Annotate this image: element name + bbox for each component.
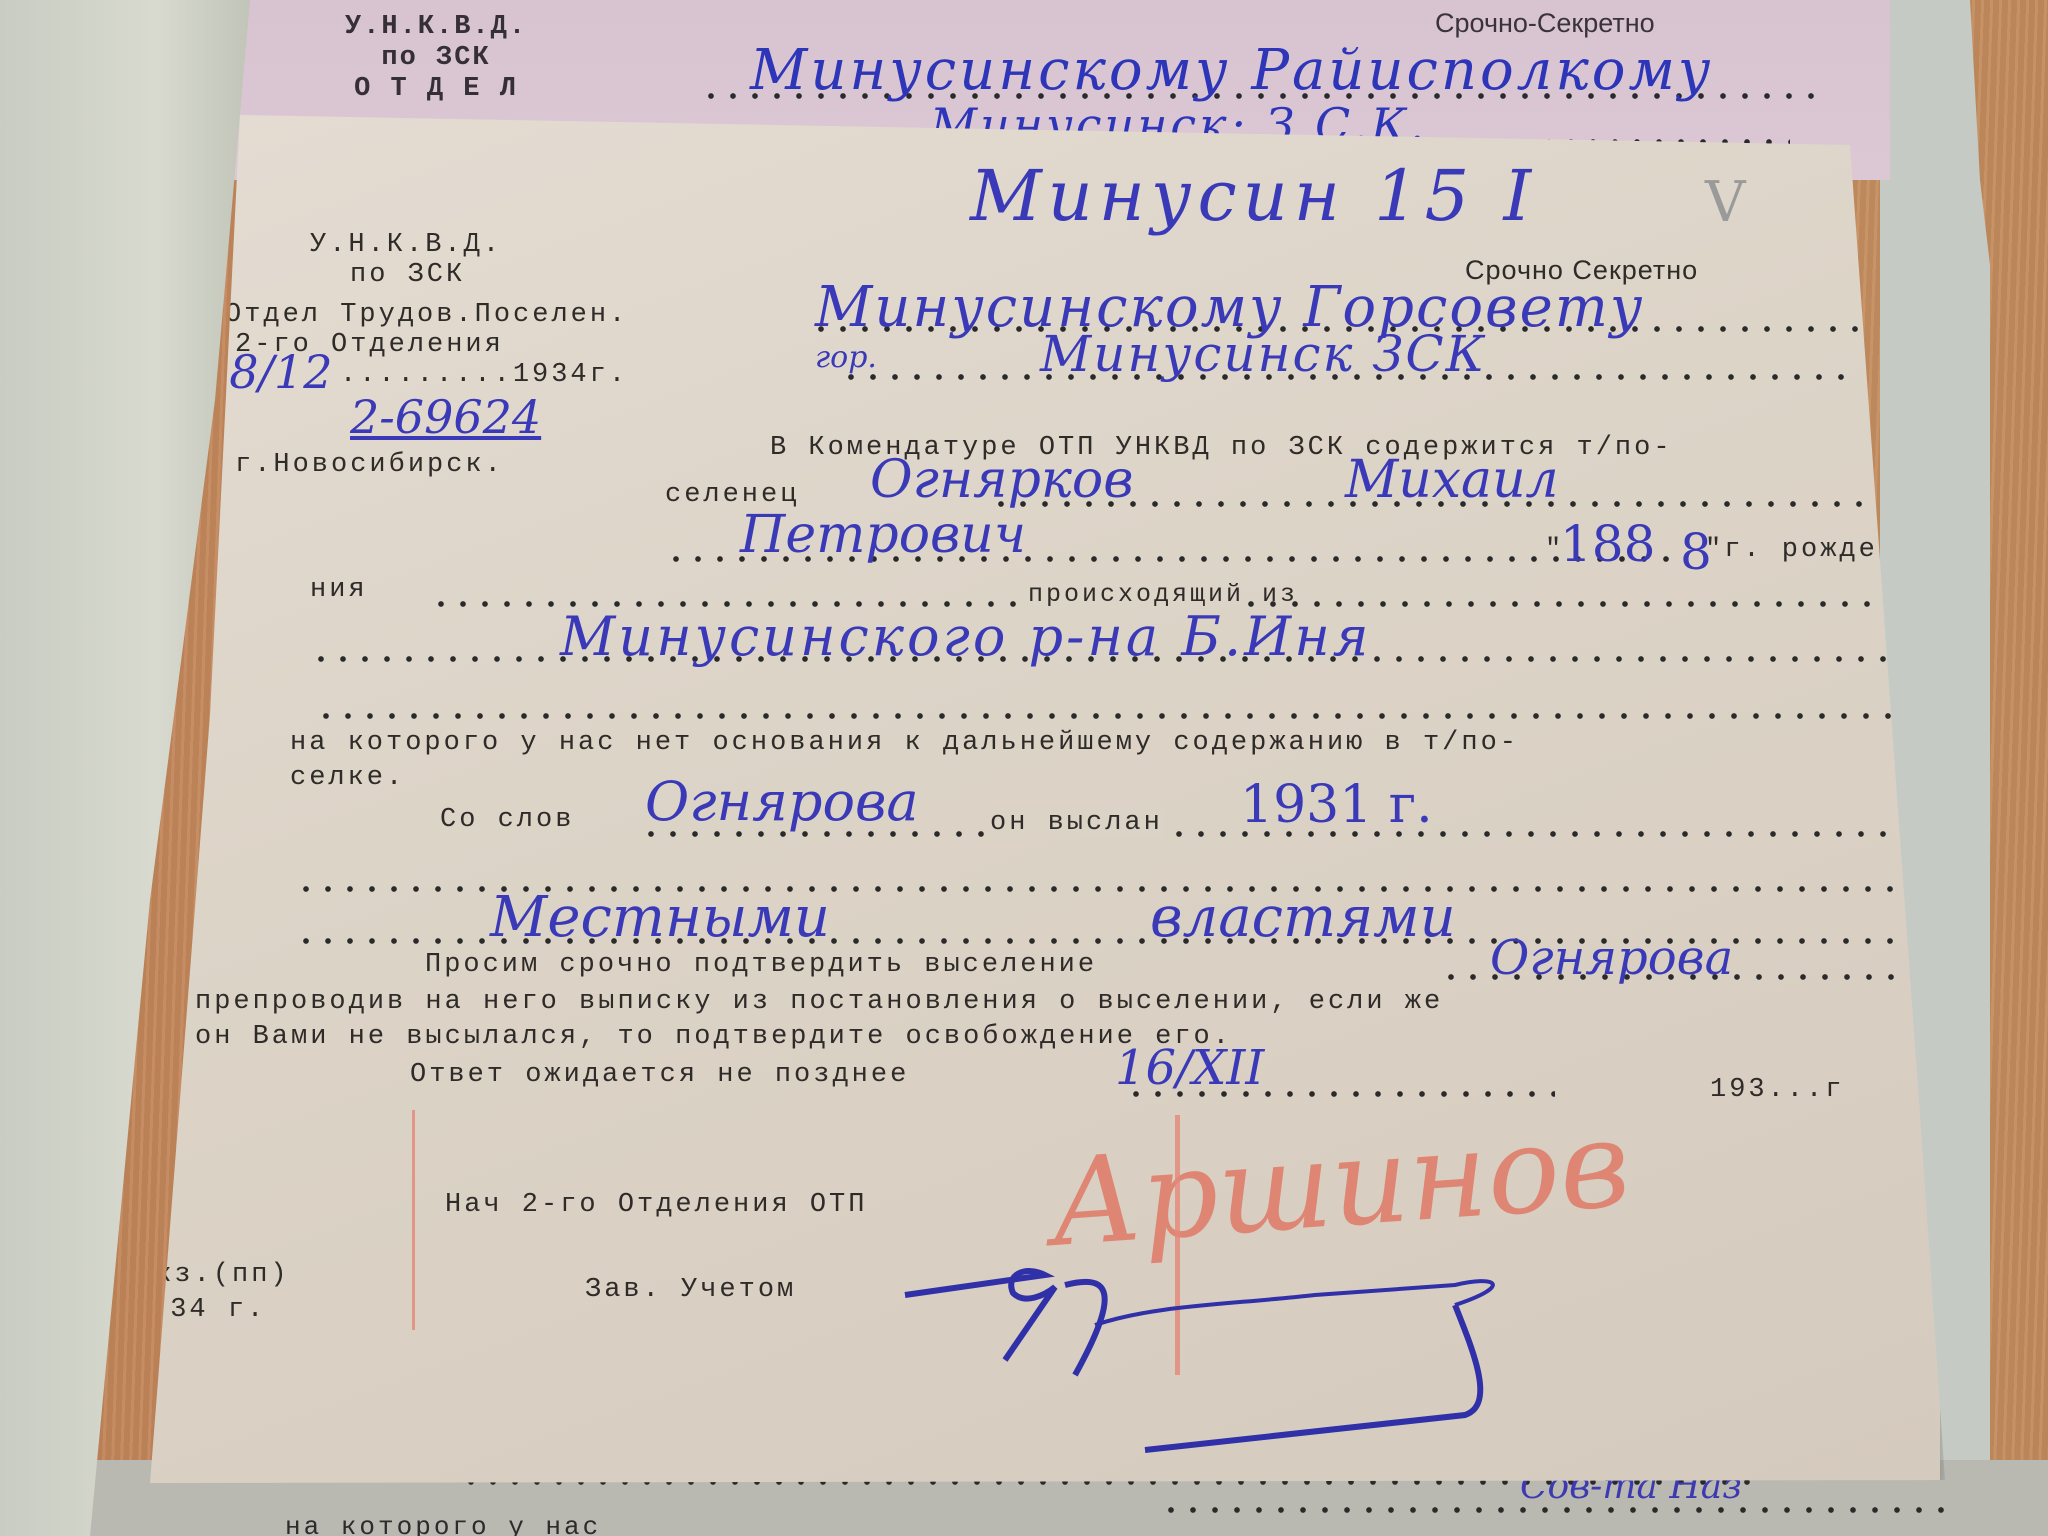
accounting-label: Зав. Учетом (585, 1275, 796, 1305)
header-line1: У.Н.К.В.Д. (310, 230, 502, 260)
body-line6: на которого у нас нет основания к дальне… (290, 728, 1519, 758)
handwritten-words-name: Огнярова (645, 770, 919, 833)
body-line4-prefix: ния (310, 575, 368, 605)
exiled-label: он выслан (990, 808, 1163, 838)
bottom-typed-fragment: на которого у нас (285, 1512, 601, 1536)
handwritten-outgoing-number: 2-69624 (350, 390, 541, 444)
handwritten-birth-year: 188 (1560, 515, 1655, 573)
header-date: .........1934г. (340, 360, 628, 390)
words-prefix: Со слов (440, 805, 574, 835)
back-header-line1: У.Н.К.В.Д. (345, 12, 527, 43)
tick-mark: V (1705, 170, 1745, 235)
back-header-line2: по ЗСК (345, 43, 527, 74)
main-document-sheet: Минусин 15 I V У.Н.К.В.Д. по ЗСК Отдел Т… (150, 115, 1940, 1485)
request-line1: Просим срочно подтвердить выселение (425, 950, 1097, 980)
reply-year: 193...г (1710, 1075, 1844, 1105)
birth-suffix: "г. рожде- (1705, 535, 1897, 565)
addressee-prefix: гор. (815, 340, 877, 375)
back-urgent-secret-stamp: Срочно-Секретно (1435, 8, 1655, 39)
header-line2: по ЗСК (350, 260, 465, 290)
handwritten-by-whom-1: Местными (490, 885, 830, 950)
blue-ink-signature-strokes (895, 1265, 1615, 1465)
header-city: г.Новосибирск. (235, 450, 504, 480)
back-handwritten-addressee: Минусинскому Райисполкому (750, 38, 1713, 103)
bottom-dotted-line-2 (1160, 1506, 1960, 1514)
reply-label: Ответ ожидается не позднее (410, 1060, 909, 1090)
request-line3: он Вами не высылался, то подтвердите осв… (195, 1022, 1232, 1052)
chief-label: Нач 2-го Отделения ОТП (445, 1190, 867, 1220)
back-header-line3: О Т Д Е Л (345, 74, 527, 105)
handwritten-by-whom-2: властями (1150, 885, 1456, 950)
handwritten-addressee-city: Минусинск ЗСК (1040, 325, 1486, 383)
back-header: У.Н.К.В.Д. по ЗСК О Т Д Е Л (345, 12, 527, 105)
body-line7: селке. (290, 763, 405, 793)
handwritten-given-name: Михаил (1345, 450, 1559, 510)
handwritten-request-name: Огнярова (1490, 930, 1733, 986)
handwritten-surname: Огнярков (870, 450, 1134, 510)
handwritten-reply-date: 16/XII (1115, 1040, 1264, 1096)
body-dotted-line-blank (315, 712, 1915, 720)
handwritten-exiled-year: 1931 г. (1240, 775, 1433, 835)
handwritten-origin: Минусинского р-на Б.Иня (560, 605, 1372, 668)
red-pencil-signature: Аршинов (1046, 1095, 1634, 1274)
header-line3: Отдел Трудов.Поселен. (225, 300, 628, 330)
request-line2: препроводив на него выписку из постановл… (195, 987, 1443, 1017)
red-margin-line (412, 1110, 415, 1330)
handwritten-patronymic: Петрович (740, 505, 1026, 565)
handwritten-top-note: Минусин 15 I (970, 155, 1537, 237)
